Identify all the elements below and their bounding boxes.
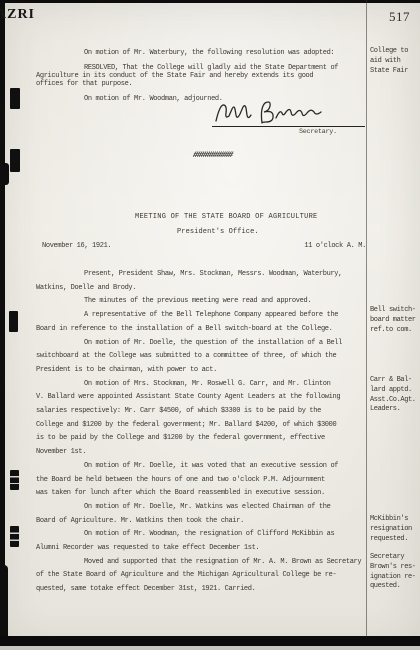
scan-left-border <box>0 0 5 650</box>
scan-top-border <box>0 0 420 3</box>
paragraph: A representative of the Bell Telephone C… <box>36 309 368 336</box>
margin-note-college-state-fair: College to aid with State Fair <box>370 47 420 76</box>
binding-mark <box>10 470 19 490</box>
margin-note-carr-ballard: Carr & Bal- lard apptd. Asst.Co.Agt. Lea… <box>370 376 420 415</box>
minutes-body: Present, President Shaw, Mrs. Stockman, … <box>36 268 368 597</box>
binding-mark <box>10 149 20 172</box>
paragraph: On motion of Mr. Doelle, the question of… <box>36 337 368 378</box>
meeting-subtitle: President's Office. <box>177 228 366 236</box>
meeting-heading: MEETING OF THE STATE BOARD OF AGRICULTUR… <box>36 213 366 250</box>
binding-mark <box>10 88 20 109</box>
paragraph: On motion of Mr. Doelle, Mr. Watkins was… <box>36 501 368 528</box>
signature-underline <box>212 126 365 127</box>
paragraph: On motion of Mr. Waterbury, the followin… <box>36 49 366 57</box>
paragraph: The minutes of the previous meeting were… <box>36 295 368 309</box>
scan-bottom-border <box>0 636 420 646</box>
paragraph: Moved and supported that the resignation… <box>36 556 368 597</box>
meeting-time: 11 o'clock A. M. <box>304 242 366 250</box>
margin-note-brown-resignation: Secretary Brown's res- ignation re- ques… <box>370 553 420 592</box>
scanned-minutes-page: AZRI 517 On motion of Mr. Waterbury, the… <box>0 0 420 650</box>
scan-left-border-bulge <box>0 163 9 185</box>
page-number: 517 <box>389 9 410 25</box>
margin-note-bell-switchboard: Bell switch- board matter ref.to com. <box>370 306 420 335</box>
secretary-label: Secretary. <box>299 128 337 136</box>
corner-stamp: AZRI <box>0 7 35 23</box>
paragraph: On motion of Mr. Woodman, the resignatio… <box>36 528 368 555</box>
secretary-signature-autograph <box>210 96 370 130</box>
meeting-date-row: November 16, 1921. 11 o'clock A. M. <box>36 242 366 250</box>
meeting-title: MEETING OF THE STATE BOARD OF AGRICULTUR… <box>135 213 366 221</box>
hash-divider: ########## <box>192 150 234 160</box>
paragraph: On motion of Mrs. Stockman, Mr. Roswell … <box>36 378 368 460</box>
binding-mark <box>9 311 18 332</box>
meeting-date: November 16, 1921. <box>36 242 111 250</box>
margin-note-mckibbin-resignation: McKibbin's resignation requested. <box>370 515 420 544</box>
paragraph: RESOLVED, That the College will gladly a… <box>36 64 366 89</box>
binding-mark <box>10 526 19 547</box>
paragraph: On motion of Mr. Doelle, it was voted th… <box>36 460 368 501</box>
paragraph: Present, President Shaw, Mrs. Stockman, … <box>36 268 368 295</box>
scan-bottom-edge <box>0 646 420 650</box>
